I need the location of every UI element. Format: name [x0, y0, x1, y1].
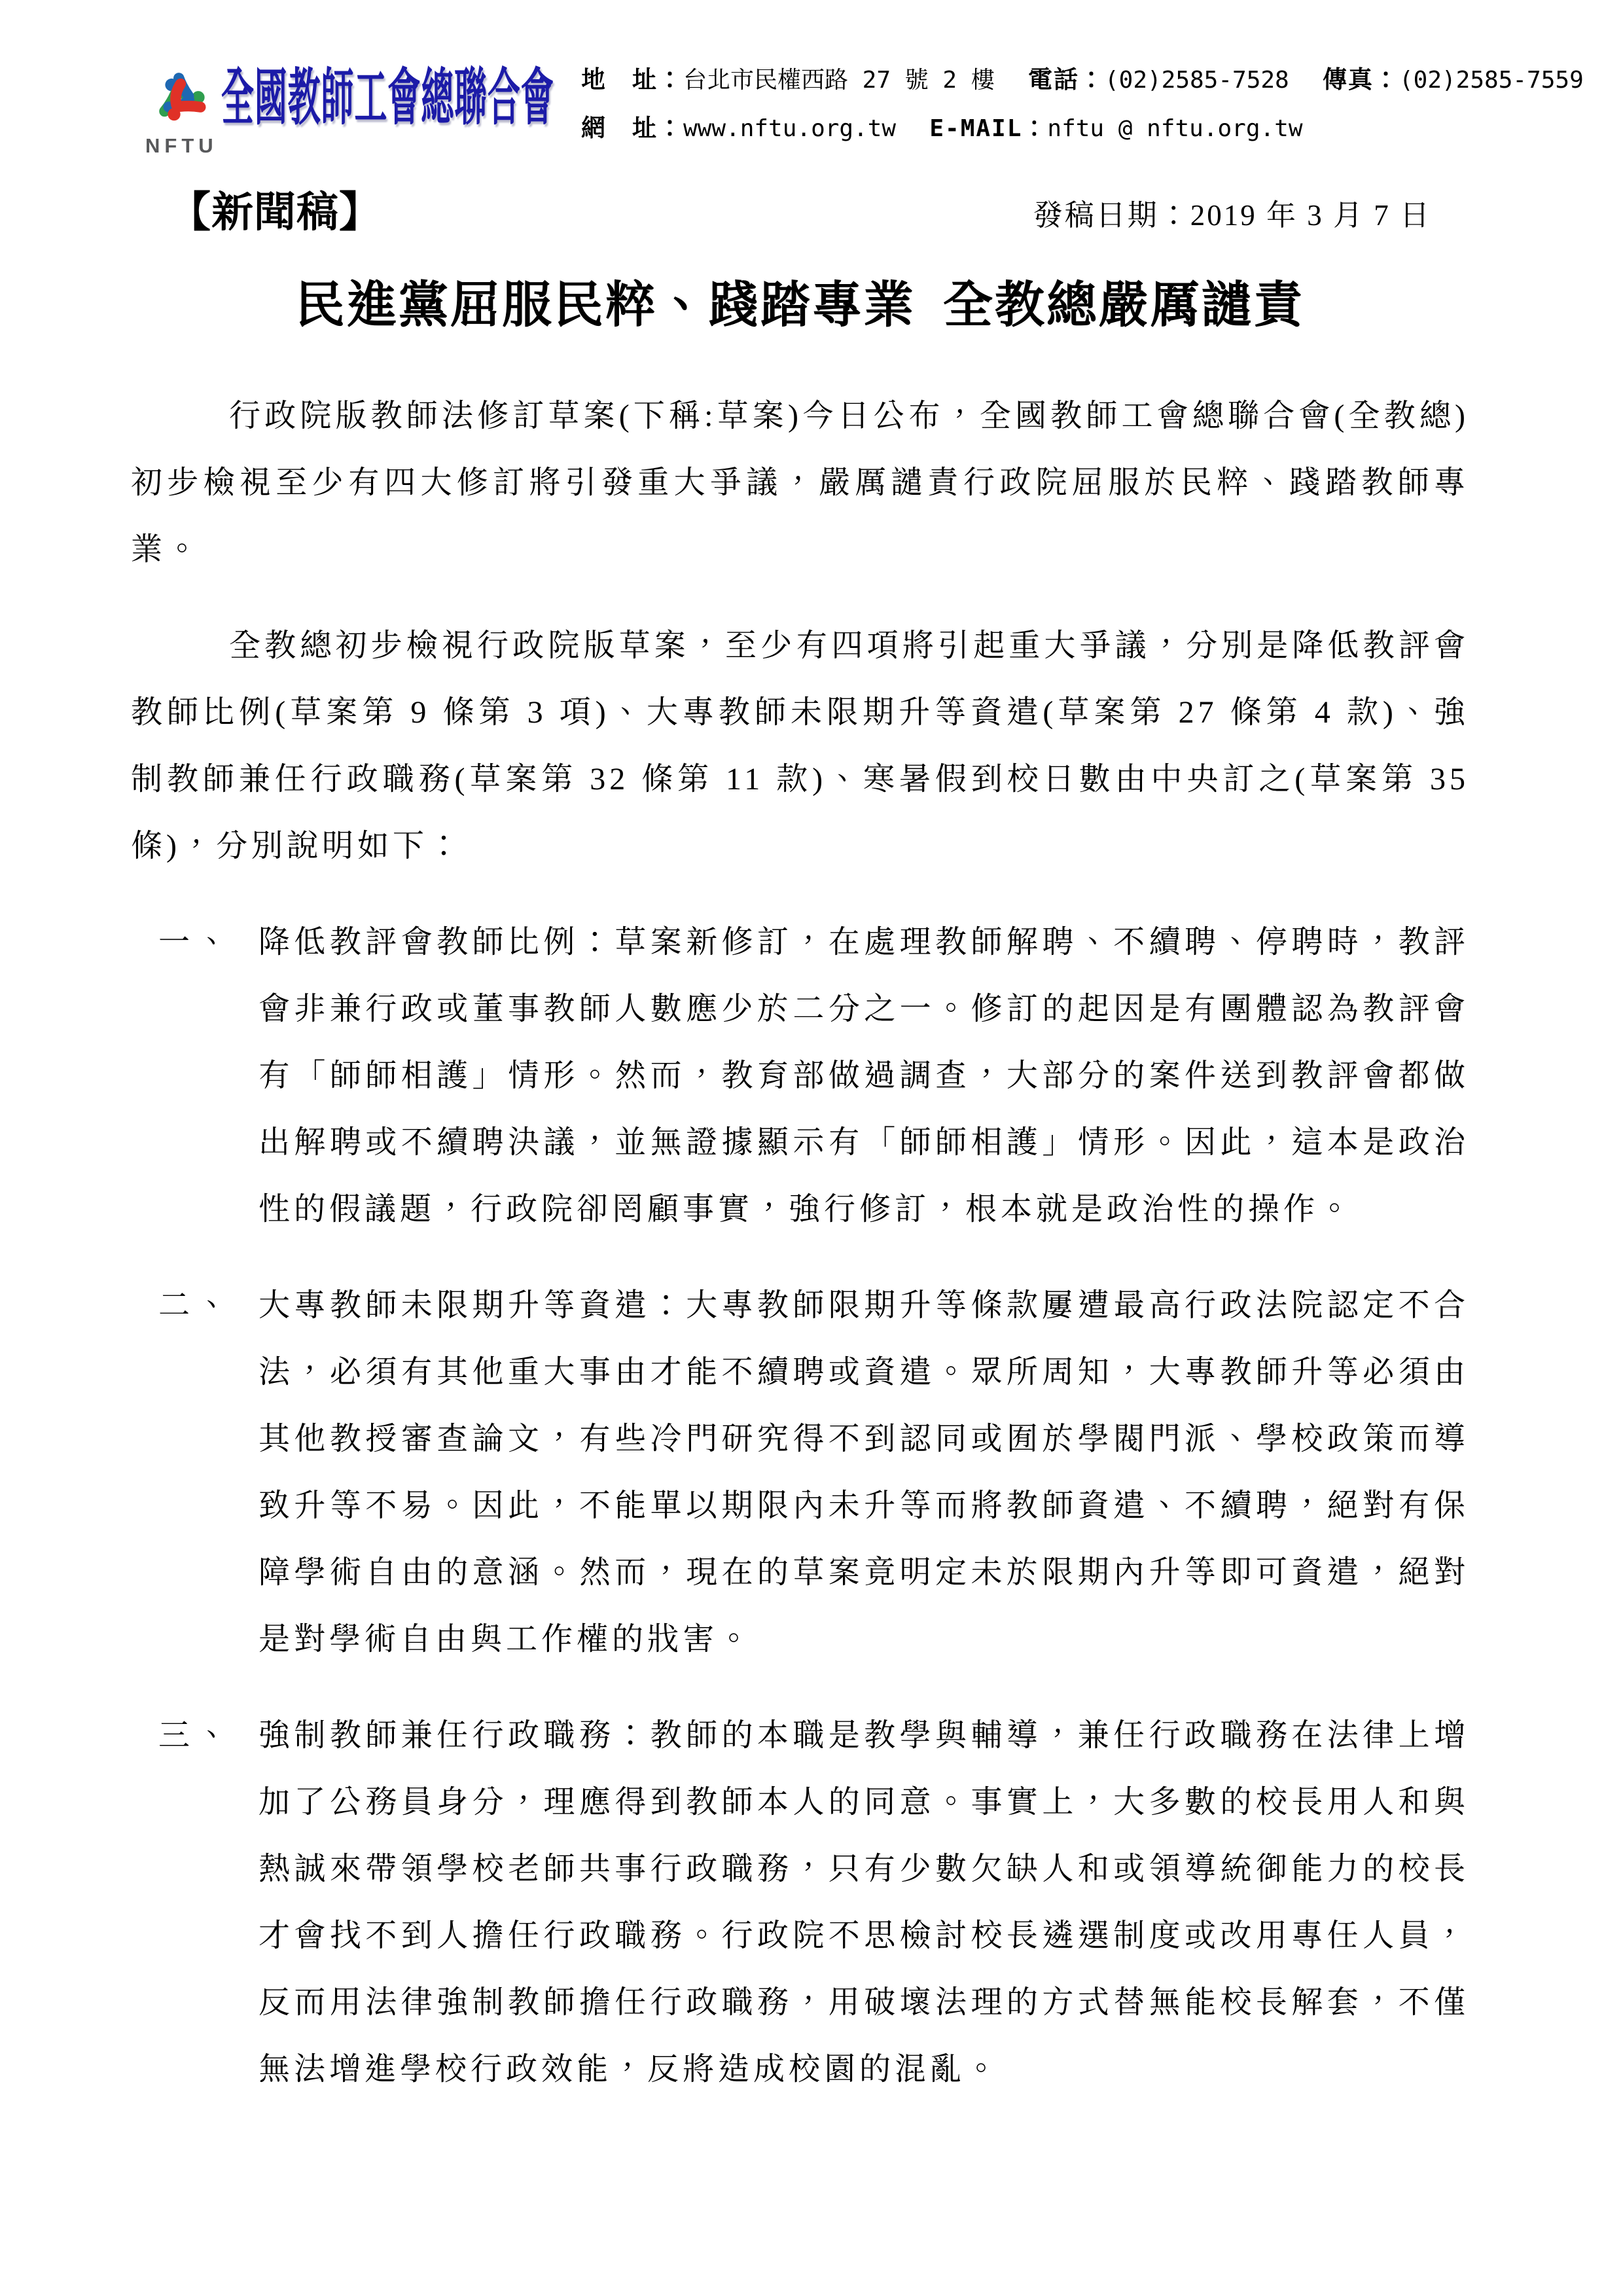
list-item-2-number: 二、 [158, 1272, 234, 1339]
web-label: 網 址： [581, 115, 683, 142]
page-title: 民進黨屈服民粹、踐踏專業 全教總嚴厲譴責 [131, 276, 1469, 336]
fax-label: 傳真： [1323, 67, 1399, 94]
nftu-acronym: NFTU [145, 134, 219, 158]
letterhead: NFTU 全國教師工會總聯合會 地 址：台北市民權西路 27 號 2 樓 電話：… [131, 62, 1492, 183]
phone-segment: 電話：(02)2585-7528 [1028, 67, 1289, 94]
document-body: 行政院版教師法修訂草案(下稱:草案)今日公布，全國教師工會總聯合會(全教總)初步… [131, 383, 1469, 2132]
address-value: 台北市民權西路 27 號 2 樓 [683, 67, 995, 94]
email-segment: E-MAIL：nftu @ nftu.org.tw [929, 115, 1302, 142]
address-label: 地 址： [581, 67, 683, 94]
contact-line-address: 地 址：台北市民權西路 27 號 2 樓 電話：(02)2585-7528 傳真… [581, 67, 1584, 94]
address-segment: 地 址：台北市民權西路 27 號 2 樓 [581, 67, 995, 94]
fax-segment: 傳真：(02)2585-7559 [1323, 67, 1584, 94]
list-item-3: 三、 強制教師兼任行政職務：教師的本職是教學與輔導，兼任行政職務在法律上增加了公… [131, 1702, 1469, 2103]
nftu-logo: NFTU [145, 62, 219, 158]
email-value: nftu @ nftu.org.tw [1047, 115, 1302, 142]
intro-paragraph-1: 行政院版教師法修訂草案(下稱:草案)今日公布，全國教師工會總聯合會(全教總)初步… [131, 383, 1469, 583]
phone-label: 電話： [1028, 67, 1105, 94]
issue-date-label: 發稿日期： [1033, 199, 1190, 232]
list-item-3-number: 三、 [158, 1702, 234, 1769]
list-item-1-number: 一、 [158, 909, 234, 976]
list-item-1: 一、 降低教評會教師比例：草案新修訂，在處理教師解聘、不續聘、停聘時，教評會非兼… [131, 909, 1469, 1243]
contact-info: 地 址：台北市民權西路 27 號 2 樓 電話：(02)2585-7528 傳真… [581, 67, 1584, 164]
list-item-1-text: 降低教評會教師比例：草案新修訂，在處理教師解聘、不續聘、停聘時，教評會非兼行政或… [259, 909, 1469, 1243]
meta-row: 【新聞稿】 發稿日期：2019 年 3 月 7 日 [131, 188, 1469, 237]
list-item-3-text: 強制教師兼任行政職務：教師的本職是教學與輔導，兼任行政職務在法律上增加了公務員身… [259, 1702, 1469, 2103]
email-label: E-MAIL： [929, 115, 1047, 142]
issue-date-value: 2019 年 3 月 7 日 [1190, 199, 1431, 232]
web-value: www.nftu.org.tw [683, 115, 896, 142]
nftu-triskelion-logo-icon [145, 62, 217, 135]
list-item-2-text: 大專教師未限期升等資遣：大專教師限期升等條款屢遭最高行政法院認定不合法，必須有其… [259, 1272, 1469, 1673]
press-release-page: NFTU 全國教師工會總聯合會 地 址：台北市民權西路 27 號 2 樓 電話：… [0, 0, 1623, 2296]
issue-date: 發稿日期：2019 年 3 月 7 日 [1033, 198, 1469, 233]
phone-value: (02)2585-7528 [1105, 67, 1289, 94]
list-item-2: 二、 大專教師未限期升等資遣：大專教師限期升等條款屢遭最高行政法院認定不合法，必… [131, 1272, 1469, 1673]
intro-paragraph-2: 全教總初步檢視行政院版草案，至少有四項將引起重大爭議，分別是降低教評會教師比例(… [131, 613, 1469, 880]
fax-value: (02)2585-7559 [1399, 67, 1584, 94]
doc-type-label: 【新聞稿】 [169, 188, 382, 237]
contact-line-web: 網 址：www.nftu.org.tw E-MAIL：nftu @ nftu.o… [581, 116, 1584, 143]
org-name-calligraphy: 全國教師工會總聯合會 [221, 66, 554, 131]
web-segment: 網 址：www.nftu.org.tw [581, 115, 896, 142]
